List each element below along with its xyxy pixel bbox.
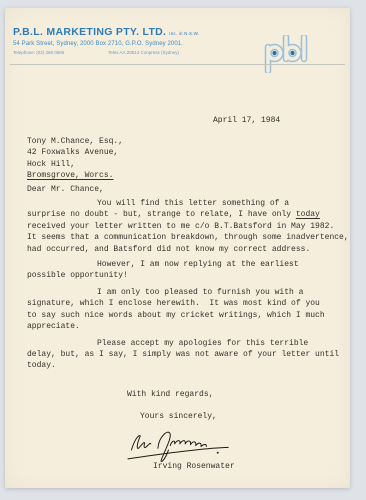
- company-telex: Telex AA.20514 Conpress (Sydney): [108, 50, 179, 55]
- text-line: Tony M.Chance, Esq.,: [27, 136, 352, 147]
- text-line: You will find this letter something of a: [27, 198, 352, 209]
- text-line: delay, but, as I say, I simply was not a…: [27, 349, 352, 360]
- text-line: had occurred, and Batsford did not know …: [27, 244, 352, 255]
- text-line: surprise no doubt - but, strange to rela…: [27, 209, 352, 220]
- signature-scrawl: [125, 421, 352, 461]
- signed-name: Irving Rosenwater: [153, 461, 352, 472]
- text-line: possible opportunity!: [27, 270, 352, 281]
- paragraph: Please accept my apologies for this terr…: [27, 338, 352, 372]
- letter-content: Tony M.Chance, Esq.,42 Foxwalks Avenue,H…: [27, 136, 352, 472]
- text-line: 42 Foxwalks Avenue,: [27, 147, 352, 158]
- company-address: 54 Park Street, Sydney, 2000 Box 2710, G…: [13, 41, 263, 47]
- company-inc-note: Inc. in N.S.W.: [169, 31, 199, 36]
- letterhead: P.B.L. MARKETING PTY. LTD.Inc. in N.S.W.…: [13, 26, 263, 55]
- text-line: It seems that a communication breakdown,…: [27, 232, 352, 243]
- text-line: to say such nice words about my cricket …: [27, 310, 352, 321]
- paragraph: You will find this letter something of a…: [27, 198, 352, 255]
- text-line: I am only too pleased to furnish you wit…: [27, 287, 352, 298]
- company-name-text: P.B.L. MARKETING PTY. LTD.: [13, 26, 166, 38]
- company-name: P.B.L. MARKETING PTY. LTD.Inc. in N.S.W.: [13, 26, 263, 38]
- text-line: today.: [27, 360, 352, 371]
- text-line: However, I am now replying at the earlie…: [27, 259, 352, 270]
- recipient-address: Tony M.Chance, Esq.,42 Foxwalks Avenue,H…: [27, 136, 352, 182]
- closing-regards: With kind regards,: [127, 389, 352, 400]
- company-telephone: Telephone: (02) 268 0666: [13, 50, 108, 55]
- pbl-logo-icon: [263, 35, 309, 78]
- text-line: appreciate.: [27, 321, 352, 332]
- text-line: Hock Hill,: [27, 159, 352, 170]
- company-contacts: Telephone: (02) 268 0666Telex AA.20514 C…: [13, 50, 263, 55]
- text-line: received your letter written to me c/o B…: [27, 221, 352, 232]
- paragraph: I am only too pleased to furnish you wit…: [27, 287, 352, 333]
- text-line: Bromsgrove, Worcs.: [27, 170, 352, 181]
- letter-body: You will find this letter something of a…: [27, 198, 352, 372]
- text-line: signature, which I enclose herewith. It …: [27, 298, 352, 309]
- letterhead-divider: [10, 64, 345, 65]
- salutation: Dear Mr. Chance,: [27, 184, 352, 195]
- letter-page: P.B.L. MARKETING PTY. LTD.Inc. in N.S.W.…: [5, 8, 350, 488]
- letter-date: April 17, 1984: [213, 115, 280, 126]
- text-line: Please accept my apologies for this terr…: [27, 338, 352, 349]
- paragraph: However, I am now replying at the earlie…: [27, 259, 352, 282]
